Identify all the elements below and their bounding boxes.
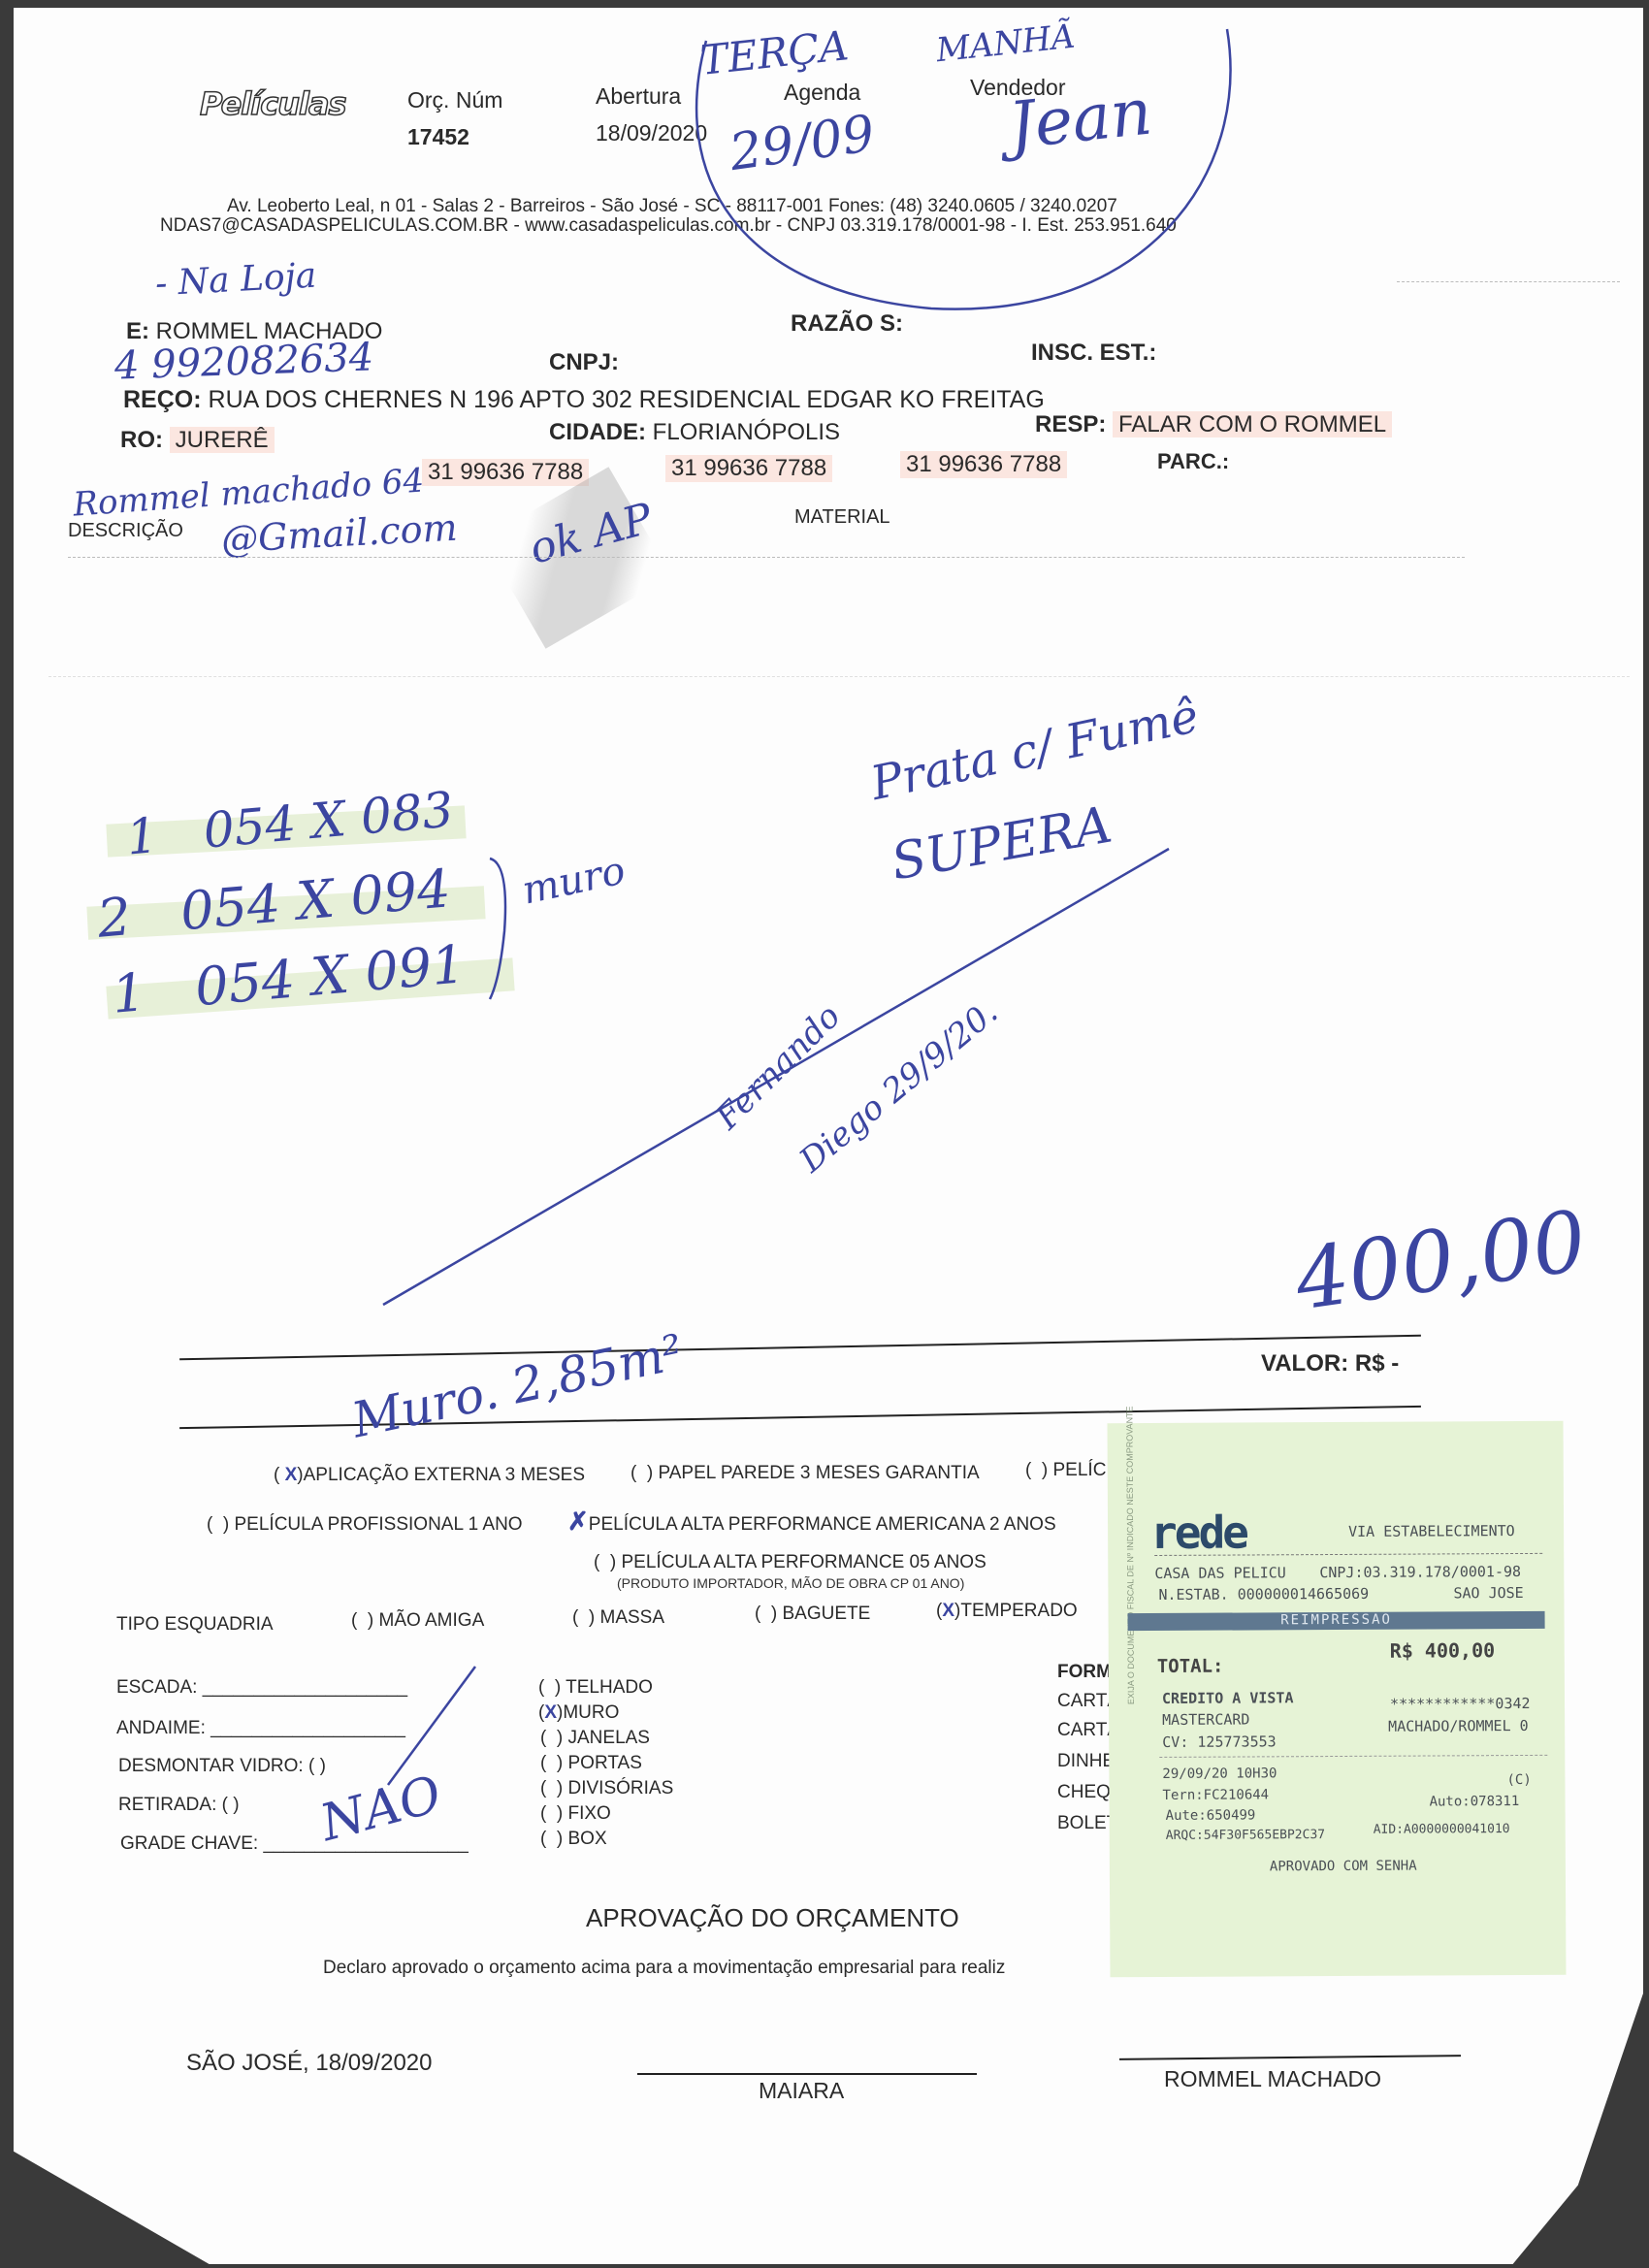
receipt-term: Tern:FC210644 [1162, 1787, 1269, 1803]
signature-maiara: MAIARA [759, 2078, 844, 2104]
local-telhado[interactable]: ( ) TELHADO [538, 1677, 653, 1699]
receipt-total-label: TOTAL: [1157, 1656, 1224, 1677]
orc-num-value: 17452 [407, 124, 469, 150]
vendedor-name-note: Jean [1005, 75, 1155, 164]
local-muro[interactable]: (X)MURO [538, 1702, 619, 1724]
local-fixo[interactable]: ( ) FIXO [540, 1803, 611, 1825]
desmontar-vidro-field[interactable]: DESMONTAR VIDRO: ( ) [118, 1756, 326, 1777]
company-address: Av. Leoberto Leal, n 01 - Salas 2 - Barr… [227, 196, 1117, 217]
receipt-total-value: R$ 400,00 [1390, 1638, 1495, 1663]
receipt-side-print: EXIJA O DOCUMENTO FISCAL DE Nº INDICADO … [1124, 1406, 1136, 1704]
address-value: RUA DOS CHERNES N 196 APTO 302 RESIDENCI… [209, 386, 1045, 413]
option-pelicula-cut[interactable]: ( ) PELÍC [1025, 1460, 1106, 1481]
option-pelicula-americana[interactable]: ✗PELÍCULA ALTA PERFORMANCE AMERICANA 2 A… [567, 1507, 1056, 1537]
resp-value: FALAR COM O ROMMEL [1113, 411, 1392, 437]
receipt-status: APROVADO COM SENHA [1270, 1859, 1417, 1875]
receipt-card-brand: MASTERCARD [1162, 1710, 1249, 1728]
cnpj-label: CNPJ: [549, 349, 619, 376]
cidade-value: FLORIANÓPOLIS [653, 419, 840, 445]
option-pelicula-05-anos[interactable]: ( ) PELÍCULA ALTA PERFORMANCE 05 ANOS [594, 1552, 986, 1573]
receipt-city: SAO JOSE [1453, 1584, 1523, 1602]
receipt-type: CREDITO A VISTA [1162, 1689, 1294, 1707]
razao-label: RAZÃO S: [791, 310, 903, 338]
phone-1: 31 99636 7788 [422, 459, 589, 486]
esquadria-mao-amiga[interactable]: ( ) MÃO AMIGA [351, 1610, 484, 1632]
grade-chave-field[interactable]: GRADE CHAVE: ____________________ [120, 1833, 469, 1855]
parc-label: PARC.: [1157, 449, 1229, 474]
insc-est-label: INSC. EST.: [1031, 340, 1156, 367]
option-aplicacao-externa[interactable]: ( X)APLICAÇÃO EXTERNA 3 MESES [274, 1465, 585, 1486]
descricao-label: DESCRIÇÃO [68, 520, 183, 542]
approval-text: Declaro aprovado o orçamento acima para … [323, 1958, 1005, 1979]
signature-line-1 [637, 2073, 977, 2075]
checked-mark-icon: X [285, 1465, 298, 1485]
option-05-anos-note: (PRODUTO IMPORTADOR, MÃO DE OBRA CP 01 A… [617, 1575, 964, 1591]
receipt-merchant: CASA DAS PELICU [1154, 1564, 1286, 1582]
receipt-cv: CV: 125773553 [1162, 1733, 1276, 1751]
receipt-estab: N.ESTAB. 000000014665069 [1158, 1585, 1369, 1604]
cidade-field: CIDADE: FLORIANÓPOLIS [549, 419, 840, 446]
orc-num-label: Orç. Núm [407, 87, 502, 113]
abertura-label: Abertura [596, 83, 681, 110]
local-portas[interactable]: ( ) PORTAS [540, 1753, 642, 1774]
receipt-aid: AID:A0000000041010 [1374, 1822, 1510, 1837]
receipt-arqc: ARQC:54F30F565EBP2C37 [1166, 1828, 1325, 1843]
address-field: REÇO: RUA DOS CHERNES N 196 APTO 302 RES… [123, 386, 1045, 414]
approval-title: APROVAÇÃO DO ORÇAMENTO [586, 1903, 959, 1933]
phone-3: 31 99636 7788 [900, 451, 1067, 478]
scribble-check-icon: ✗ [567, 1507, 589, 1536]
esquadria-label: TIPO ESQUADRIA [116, 1614, 274, 1636]
checked-mark-icon: X [942, 1601, 954, 1621]
receipt-datetime: 29/09/20 10H30 [1162, 1766, 1277, 1782]
rede-logo: rede [1150, 1506, 1246, 1559]
fold-line [48, 676, 1630, 677]
esquadria-massa[interactable]: ( ) MASSA [572, 1607, 664, 1629]
forma-dinheiro[interactable]: DINHE [1057, 1751, 1115, 1772]
description-divider [68, 557, 1465, 558]
bairro-value: JURERÊ [170, 427, 275, 453]
receipt-divider [1159, 1755, 1547, 1758]
andaime-field[interactable]: ANDAIME: ___________________ [116, 1718, 405, 1739]
valor-label: VALOR: R$ - [1261, 1350, 1399, 1377]
receipt-cnpj: CNPJ:03.319.178/0001-98 [1319, 1563, 1521, 1581]
bairro-field: RO: JURERÊ [120, 427, 275, 454]
abertura-value: 18/09/2020 [596, 120, 707, 146]
resp-field: RESP: FALAR COM O ROMMEL [1035, 411, 1392, 438]
phone-2: 31 99636 7788 [665, 455, 832, 482]
receipt-card-mask: ************0342 [1390, 1695, 1531, 1713]
esquadria-temperado[interactable]: (X)TEMPERADO [936, 1601, 1078, 1622]
signature-rommel: ROMMEL MACHADO [1164, 2066, 1381, 2092]
store-note: - Na Loja [154, 256, 317, 305]
local-divisorias[interactable]: ( ) DIVISÓRIAS [540, 1778, 673, 1799]
receipt-holder: MACHADO/ROMMEL 0 [1388, 1717, 1529, 1735]
option-pelicula-profissional[interactable]: ( ) PELÍCULA PROFISSIONAL 1 ANO [207, 1514, 523, 1536]
local-box[interactable]: ( ) BOX [540, 1829, 607, 1850]
escada-field[interactable]: ESCADA: ____________________ [116, 1677, 407, 1699]
checked-mark-icon: X [544, 1702, 557, 1723]
header-divider [1397, 281, 1620, 282]
company-contact: NDAS7@CASADASPELICULAS.COM.BR - www.casa… [160, 215, 1177, 237]
receipt-aute: Aute:650499 [1166, 1807, 1256, 1823]
approval-place-date: SÃO JOSÉ, 18/09/2020 [186, 2050, 433, 2077]
card-receipt: EXIJA O DOCUMENTO FISCAL DE Nº INDICADO … [1108, 1421, 1567, 1977]
receipt-reimpressao: REIMPRESSAO [1128, 1611, 1545, 1631]
option-papel-parede[interactable]: ( ) PAPEL PAREDE 3 MESES GARANTIA [630, 1463, 980, 1484]
esquadria-baguete[interactable]: ( ) BAGUETE [755, 1604, 870, 1625]
retirada-field[interactable]: RETIRADA: ( ) [118, 1795, 240, 1816]
material-label: MATERIAL [794, 506, 890, 529]
phone-note: 4 992082634 [113, 335, 374, 388]
agenda-label: Agenda [784, 80, 860, 106]
company-logo: Películas [200, 85, 346, 122]
local-janelas[interactable]: ( ) JANELAS [540, 1728, 650, 1749]
receipt-c-mark: (C) [1506, 1772, 1531, 1788]
receipt-via: VIA ESTABELECIMENTO [1348, 1522, 1515, 1540]
receipt-auto: Auto:078311 [1430, 1794, 1520, 1809]
